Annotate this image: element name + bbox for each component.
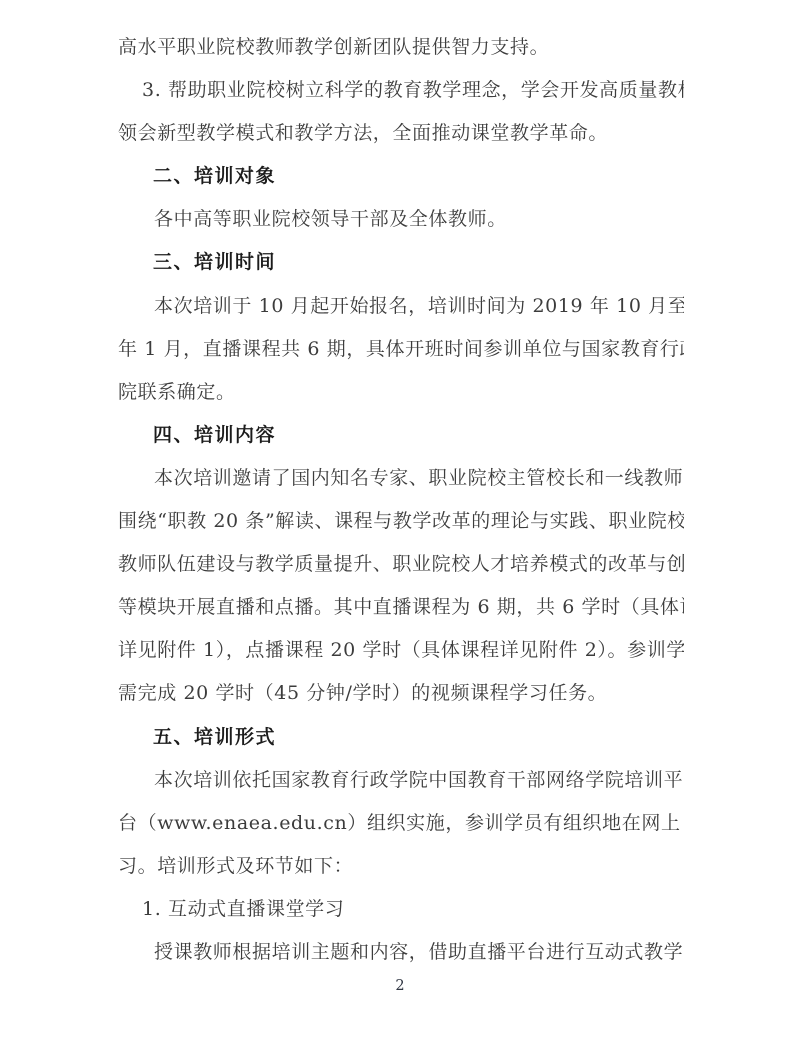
numbered-item-3: 3. 帮助职业院校树立科学的教育教学理念，学会开发高质量教材， bbox=[118, 69, 684, 112]
section-heading-3: 三、培训时间 bbox=[118, 241, 684, 284]
text-line: 本次培训于 10 月起开始报名，培训时间为 2019 年 10 月至 2020 bbox=[118, 285, 684, 328]
document-body: 高水平职业院校教师教学创新团队提供智力支持。 3. 帮助职业院校树立科学的教育教… bbox=[118, 26, 684, 974]
text-line: 台（www.enaea.edu.cn）组织实施，参训学员有组织地在网上自主学 bbox=[118, 802, 684, 845]
text-line: 教师队伍建设与教学质量提升、职业院校人才培养模式的改革与创新 bbox=[118, 543, 684, 586]
text-line: 各中高等职业院校领导干部及全体教师。 bbox=[118, 198, 684, 241]
text-line: 等模块开展直播和点播。其中直播课程为 6 期，共 6 学时（具体课程 bbox=[118, 586, 684, 629]
text-line: 围绕“职教 20 条”解读、课程与教学改革的理论与实践、职业院校 bbox=[118, 500, 684, 543]
text-line: 习。培训形式及环节如下： bbox=[118, 845, 684, 888]
text-line: 高水平职业院校教师教学创新团队提供智力支持。 bbox=[118, 26, 684, 69]
text-line: 院联系确定。 bbox=[118, 371, 684, 414]
section-heading-2: 二、培训对象 bbox=[118, 155, 684, 198]
page-number: 2 bbox=[0, 974, 800, 998]
text-line: 授课教师根据培训主题和内容，借助直播平台进行互动式教学活 bbox=[118, 931, 684, 974]
text-line: 年 1 月，直播课程共 6 期，具体开班时间参训单位与国家教育行政学 bbox=[118, 328, 684, 371]
text-line: 需完成 20 学时（45 分钟/学时）的视频课程学习任务。 bbox=[118, 672, 684, 715]
section-heading-4: 四、培训内容 bbox=[118, 414, 684, 457]
text-line: 本次培训邀请了国内知名专家、职业院校主管校长和一线教师， bbox=[118, 457, 684, 500]
numbered-item-1: 1. 互动式直播课堂学习 bbox=[118, 888, 684, 931]
document-page: 高水平职业院校教师教学创新团队提供智力支持。 3. 帮助职业院校树立科学的教育教… bbox=[0, 0, 800, 1046]
text-line: 详见附件 1），点播课程 20 学时（具体课程详见附件 2）。参训学员 bbox=[118, 629, 684, 672]
text-line: 领会新型教学模式和教学方法，全面推动课堂教学革命。 bbox=[118, 112, 684, 155]
text-line: 本次培训依托国家教育行政学院中国教育干部网络学院培训平 bbox=[118, 759, 684, 802]
section-heading-5: 五、培训形式 bbox=[118, 716, 684, 759]
